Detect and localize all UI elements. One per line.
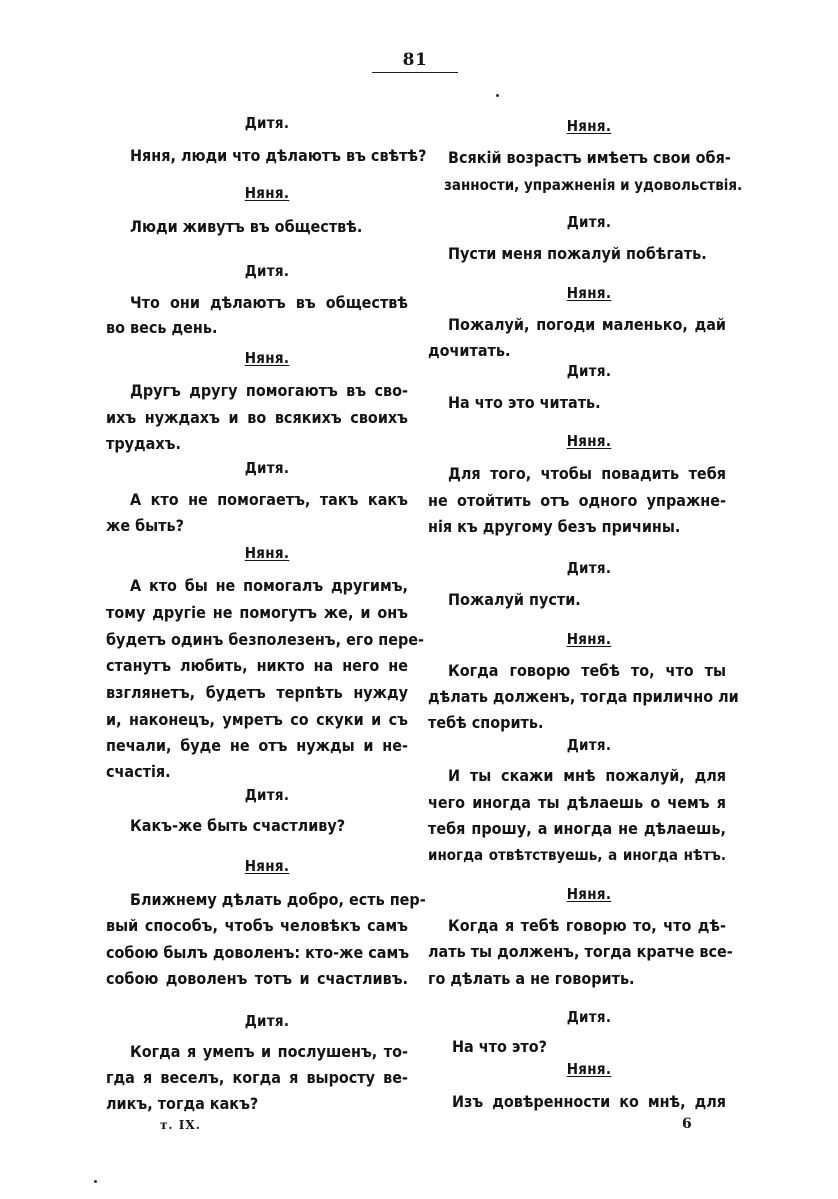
speaker-heading: Дитя. (448, 559, 730, 577)
dialogue-line: трудахъ. (106, 434, 388, 454)
dialogue-line: Люди живутъ въ обществѣ. (130, 217, 412, 237)
speaker-heading: Дитя. (448, 1008, 730, 1026)
dialogue-line: Ближнему дѣлать добро, есть пер- (130, 890, 408, 910)
dialogue-line: Пусти меня пожалуй побѣгать. (448, 244, 730, 264)
dialogue-line: Пожалуй, погоди маленько, дай (448, 315, 726, 335)
dialogue-line: во весь день. (106, 318, 388, 338)
dialogue-line: собою доволенъ тотъ и счастливъ. (106, 969, 408, 989)
dialogue-line: иногда отвѣтствуешь, а иногда нѣтъ. (428, 845, 726, 865)
dialogue-line: дочитать. (428, 341, 710, 361)
dialogue-line: собою былъ доволенъ: кто-же самъ (106, 943, 408, 963)
dialogue-line: Няня, люди что дѣлаютъ въ свѣтѣ? (130, 146, 412, 166)
dialogue-line: нія къ другому безъ причины. (428, 517, 710, 537)
print-speck (496, 94, 499, 97)
dialogue-line: На что это читать. (448, 393, 730, 413)
dialogue-line: чего иногда ты дѣлаешь о чемъ я (428, 793, 726, 813)
dialogue-line: Когда я тебѣ говорю то, что дѣ- (448, 916, 726, 936)
dialogue-line: тому другіе не помогутъ же, и онъ (106, 603, 408, 623)
dialogue-line: и, наконецъ, умретъ со скуки и съ (106, 710, 408, 730)
speaker-heading: Няня. (448, 630, 730, 648)
dialogue-line: И ты скажи мнѣ пожалуй, для (448, 766, 726, 786)
print-speck (94, 1180, 97, 1183)
speaker-heading: Дитя. (448, 736, 730, 754)
speaker-heading: Дитя. (126, 262, 408, 280)
dialogue-line: Что они дѣлаютъ въ обществѣ (130, 293, 408, 313)
speaker-heading: Няня. (126, 857, 408, 875)
sheet-number: 6 (682, 1116, 692, 1132)
dialogue-line: будетъ одинъ безполезенъ, его пере- (106, 630, 408, 650)
dialogue-line: занности, упражненія и удовольствія. (444, 175, 726, 195)
speaker-heading: Няня. (448, 885, 730, 903)
speaker-heading: Дитя. (126, 1012, 408, 1030)
dialogue-line: счастія. (106, 762, 388, 782)
dialogue-line: вый способъ, чтобъ человѣкъ самъ (106, 916, 408, 936)
speaker-heading: Няня. (448, 117, 730, 135)
dialogue-line: лать ты долженъ, тогда кратче все- (428, 942, 726, 962)
dialogue-line: Всякій возрастъ имѣетъ свои обя- (448, 148, 726, 168)
speaker-heading: Няня. (448, 1060, 730, 1078)
dialogue-line: печали, буде не отъ нужды и не- (106, 736, 408, 756)
dialogue-line: тебя прошу, а иногда не дѣлаешь, (428, 819, 726, 839)
speaker-heading: Дитя. (126, 786, 408, 804)
dialogue-line: ликъ, тогда какъ? (106, 1094, 388, 1114)
speaker-heading: Дитя. (448, 213, 730, 231)
dialogue-line: станутъ любить, никто на него не (106, 656, 408, 676)
page-number: 81 (372, 50, 458, 70)
dialogue-line: го дѣлать а не говорить. (428, 969, 710, 989)
dialogue-line: Когда я умепъ и послушенъ, то- (130, 1042, 408, 1062)
dialogue-line: не отойтить отъ одного упражне- (428, 491, 726, 511)
dialogue-line: же быть? (106, 516, 388, 536)
speaker-heading: Няня. (448, 432, 730, 450)
dialogue-line: Изъ довѣренности ко мнѣ, для (452, 1092, 726, 1112)
dialogue-line: тебѣ спорить. (428, 713, 710, 733)
dialogue-line: А кто бы не помогалъ другимъ, (130, 576, 408, 596)
dialogue-line: Какъ-же быть счастливу? (130, 816, 412, 836)
dialogue-line: Пожалуй пусти. (448, 590, 730, 610)
signature-mark: т. IX. (160, 1118, 201, 1132)
dialogue-line: Когда говорю тебѣ то, что ты (448, 661, 726, 681)
dialogue-line: Для того, чтобы повадить тебя (448, 464, 726, 484)
speaker-heading: Няня. (126, 184, 408, 202)
dialogue-line: На что это? (452, 1037, 734, 1057)
dialogue-line: ихъ нуждахъ и во всякихъ своихъ (106, 408, 408, 428)
speaker-heading: Дитя. (448, 362, 730, 380)
dialogue-line: дѣлать долженъ, тогда прилично ли (428, 687, 726, 707)
speaker-heading: Няня. (448, 284, 730, 302)
dialogue-line: взглянетъ, будетъ терпѣть нужду (106, 683, 408, 703)
speaker-heading: Дитя. (126, 459, 408, 477)
speaker-heading: Няня. (126, 349, 408, 367)
dialogue-line: гда я веселъ, когда я выросту ве- (106, 1068, 408, 1088)
dialogue-line: А кто не помогаетъ, такъ какъ (130, 490, 408, 510)
speaker-heading: Няня. (126, 544, 408, 562)
dialogue-line: Другъ другу помогаютъ въ сво- (130, 381, 408, 401)
page-number-rule (372, 72, 458, 73)
speaker-heading: Дитя. (126, 114, 408, 132)
